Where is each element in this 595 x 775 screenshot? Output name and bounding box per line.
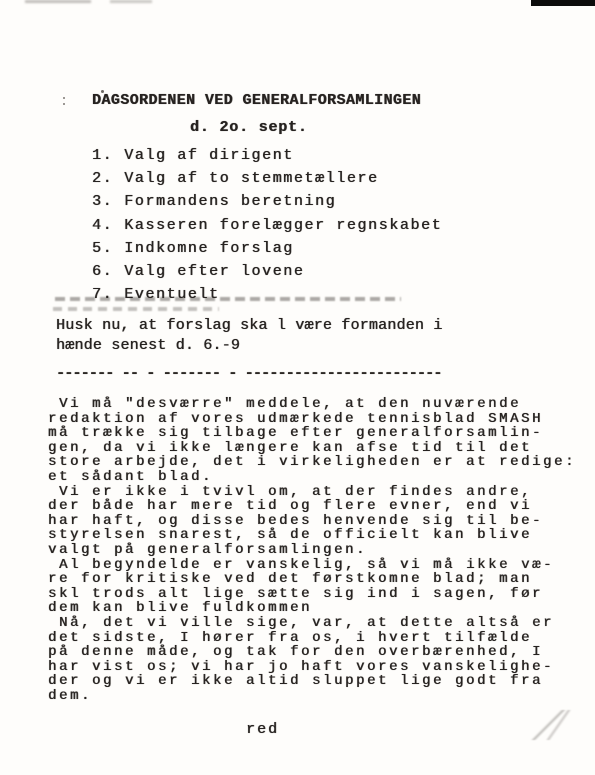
signature: red [246, 721, 279, 738]
scan-artifact-black-bar [531, 0, 595, 6]
dashed-separator: ------- -- - ------- - -----------------… [56, 364, 441, 383]
agenda-item-number: 1. [92, 147, 113, 164]
agenda-item-label: Valg efter lovene [124, 263, 304, 280]
agenda-item-number: 6. [92, 263, 113, 280]
agenda-item: 3.Formandens beretning [92, 190, 442, 213]
scan-ghost-dashes [53, 307, 219, 311]
reminder-note: Husk nu, at forslag ska l være formanden… [56, 316, 442, 355]
agenda-item-number: 7. [92, 286, 113, 303]
scan-smudge [110, 0, 152, 3]
agenda-item: 5.Indkomne forslag [92, 237, 442, 260]
document-date: d. 2o. sept. [190, 119, 421, 136]
agenda-item-label: Valg af dirigent [124, 147, 294, 164]
agenda-item-label: Indkomne forslag [124, 240, 294, 257]
body-text: Vi må "desværre" meddele, at den nuværen… [48, 397, 576, 703]
agenda-item-label: Valg af to stemmetællere [124, 170, 378, 187]
agenda-item: 1.Valg af dirigent [92, 144, 442, 167]
agenda-item-label: Kasseren forelægger regnskabet [124, 217, 442, 234]
scanned-document-page: DAGSORDENEN VED GENERALFORSAMLINGEN d. 2… [0, 0, 595, 775]
agenda-item: 4.Kasseren forelægger regnskabet [92, 214, 442, 237]
agenda-item: 6.Valg efter lovene [92, 260, 442, 283]
body-paragraph: Nå, det vi ville sige, var, at dette alt… [48, 616, 576, 704]
document-header: DAGSORDENEN VED GENERALFORSAMLINGEN d. 2… [92, 92, 421, 136]
agenda-item-number: 3. [92, 193, 113, 210]
agenda-list: 1.Valg af dirigent 2.Valg af to stemmetæ… [92, 144, 442, 306]
agenda-item: 7.Eventuelt [92, 283, 442, 306]
agenda-item-number: 5. [92, 240, 113, 257]
scan-speck [63, 97, 65, 106]
page-title: DAGSORDENEN VED GENERALFORSAMLINGEN [92, 92, 421, 110]
agenda-item-label: Formandens beretning [124, 193, 336, 210]
agenda-item-label: Eventuelt [124, 286, 219, 303]
agenda-item-number: 2. [92, 170, 113, 187]
body-paragraph: Vi må "desværre" meddele, at den nuværen… [48, 397, 576, 485]
scan-smudge [25, 0, 91, 3]
agenda-item-number: 4. [92, 217, 113, 234]
agenda-item: 2.Valg af to stemmetællere [92, 167, 442, 190]
body-paragraph: Al begyndelde er vanskelig, så vi må ikk… [48, 558, 576, 616]
body-paragraph: Vi er ikke i tvivl om, at der findes and… [48, 485, 576, 558]
scan-scratch [525, 710, 575, 740]
